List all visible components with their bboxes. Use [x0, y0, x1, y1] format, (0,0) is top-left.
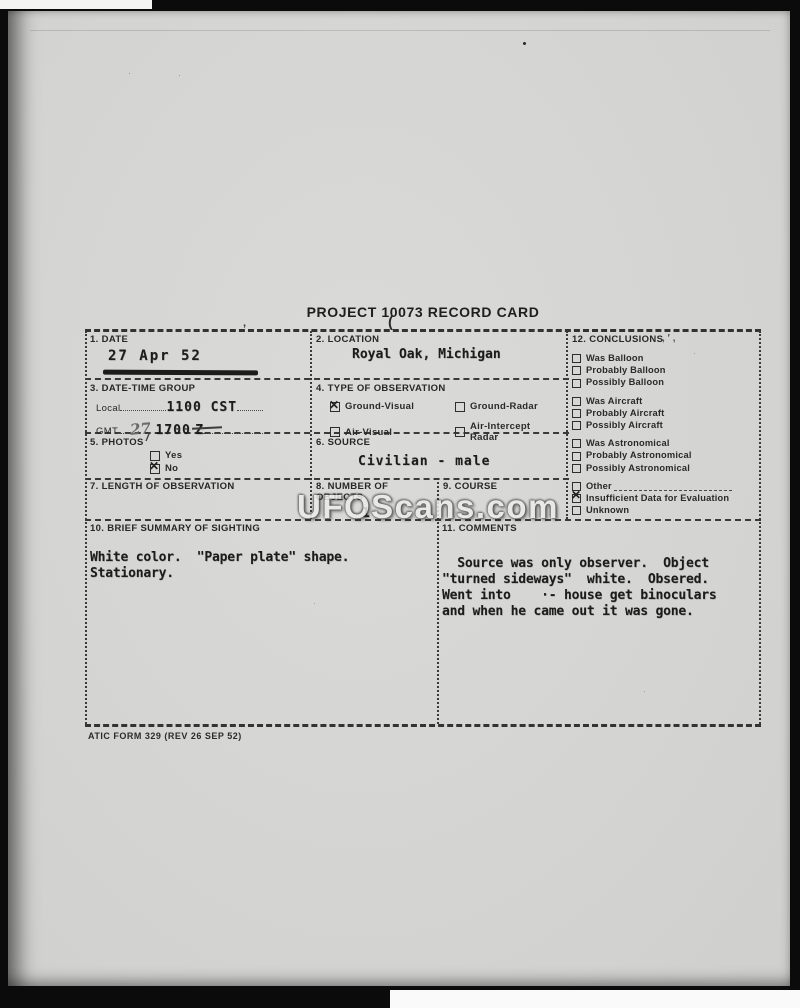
field-comments: 11. COMMENTS Source was only observer. O…: [442, 523, 757, 620]
checkbox-option: Unknown: [572, 505, 758, 516]
checkbox-icon: [572, 506, 581, 515]
dotted-leader: [120, 400, 166, 411]
dotted-line: [614, 482, 732, 491]
checkbox-option: Ground-Radar: [455, 401, 561, 412]
conclusion-group: Was BalloonProbably BalloonPossibly Ball…: [572, 353, 758, 389]
checkbox-checked-icon: [572, 494, 581, 503]
field-label: 6. SOURCE: [316, 437, 561, 448]
option-label: Unknown: [586, 505, 629, 516]
typed-line: Source was only observer. Object: [442, 556, 757, 572]
option-label: Probably Balloon: [586, 365, 666, 376]
dotted-leader: [118, 423, 130, 434]
checkbox-icon: [455, 402, 465, 412]
checkbox-icon: [572, 464, 581, 473]
table-border: [85, 478, 569, 480]
option-label: No: [165, 463, 178, 476]
scanned-document: ( ’ , ′ , PROJECT 10073 RECORD CARD 1. D…: [0, 0, 800, 1008]
option-label: Ground-Radar: [470, 401, 538, 412]
option-label: Probably Astronomical: [586, 450, 692, 461]
checkbox-checked-icon: [330, 402, 340, 412]
option-label: Was Balloon: [586, 353, 644, 364]
conclusion-group: Was AstronomicalProbably AstronomicalPos…: [572, 438, 758, 474]
watermark: UFOScans.com: [297, 488, 559, 526]
checkbox-icon: [572, 397, 581, 406]
scanner-edge-strip-top: [0, 0, 152, 9]
conclusion-groups: Was BalloonProbably BalloonPossibly Ball…: [572, 353, 758, 516]
checkbox-option: Was Balloon: [572, 353, 758, 364]
option-label: Other: [586, 481, 612, 492]
dotted-leader: [237, 400, 263, 411]
summary-text: White color. "Paper plate" shape.Station…: [90, 550, 430, 582]
comments-text: Source was only observer. Object"turned …: [442, 556, 757, 620]
checkbox-option: Was Astronomical: [572, 438, 758, 449]
option-label: Possibly Aircraft: [586, 420, 663, 431]
gmt-value: 1700: [155, 423, 190, 438]
field-value: Civilian - male: [358, 454, 561, 469]
checkbox-option: No: [150, 463, 305, 476]
field-label: 3. DATE-TIME GROUP: [90, 383, 305, 394]
typed-line: Went into ·- house get binoculars: [442, 588, 757, 604]
option-label: Probably Aircraft: [586, 408, 664, 419]
local-label: Local: [96, 403, 120, 414]
field-label: 7. LENGTH OF OBSERVATION: [90, 481, 305, 492]
table-border: [85, 378, 569, 380]
field-label: 4. TYPE OF OBSERVATION: [316, 383, 561, 394]
checkbox-icon: [572, 366, 581, 375]
field-label: 2. LOCATION: [316, 334, 561, 345]
field-source: 6. SOURCE Civilian - male: [316, 437, 561, 469]
gmt-label: GMT: [96, 426, 118, 437]
field-date: 1. DATE 27 Apr 52: [90, 334, 305, 364]
typed-line: "turned sideways" white. Obsered.: [442, 572, 757, 588]
checkbox-icon: [572, 379, 581, 388]
table-border: [85, 724, 761, 727]
checkbox-icon: [572, 439, 581, 448]
field-length-of-observation: 7. LENGTH OF OBSERVATION: [90, 481, 305, 492]
option-label: Air-Visual: [345, 427, 392, 438]
option-label: Yes: [165, 450, 182, 463]
checkbox-icon: [572, 452, 581, 461]
heavy-underline-mark: [103, 370, 258, 376]
checkbox-option: Possibly Astronomical: [572, 463, 758, 474]
checkbox-option: Possibly Aircraft: [572, 420, 758, 431]
field-location: 2. LOCATION Royal Oak, Michigan: [316, 334, 561, 362]
field-value: Royal Oak, Michigan: [352, 347, 561, 362]
field-date-time-group: 3. DATE-TIME GROUP Local1100 CST GMT27 1…: [90, 383, 305, 439]
conclusion-group: Was AircraftProbably AircraftPossibly Ai…: [572, 396, 758, 432]
checkbox-icon: [572, 409, 581, 418]
gmt-zone: Z: [195, 423, 203, 438]
field-type-of-observation: 4. TYPE OF OBSERVATION Ground-VisualGrou…: [316, 383, 561, 443]
option-label: Insufficient Data for Evaluation: [586, 493, 729, 504]
checkbox-icon: [455, 427, 465, 437]
option-label: Possibly Astronomical: [586, 463, 690, 474]
scan-artifact-line: [30, 30, 770, 31]
table-border: [566, 331, 568, 519]
field-brief-summary: 10. BRIEF SUMMARY OF SIGHTING White colo…: [90, 523, 430, 582]
conclusion-group: OtherInsufficient Data for EvaluationUnk…: [572, 481, 758, 517]
typed-line: Stationary.: [90, 566, 430, 582]
field-value: 27 Apr 52: [108, 348, 305, 364]
scanner-edge-strip-bottom: [390, 990, 800, 1008]
checkbox-option: Probably Balloon: [572, 365, 758, 376]
field-photos: 5. PHOTOS YesNo: [90, 437, 305, 475]
page-title: PROJECT 10073 RECORD CARD: [85, 304, 761, 320]
form-number: ATIC FORM 329 (REV 26 SEP 52): [88, 731, 242, 741]
scan-noise-specks: [523, 42, 526, 45]
typed-line: and when he came out it was gone.: [442, 604, 757, 620]
field-label: 12. CONCLUSIONS: [572, 334, 758, 345]
field-label: 1. DATE: [90, 334, 305, 345]
checkbox-icon: [330, 427, 340, 437]
checkbox-option: Insufficient Data for Evaluation: [572, 493, 758, 504]
table-border: [759, 331, 761, 724]
checkbox-option: Probably Aircraft: [572, 408, 758, 419]
typed-line: White color. "Paper plate" shape.: [90, 550, 430, 566]
option-label: Was Astronomical: [586, 438, 670, 449]
checkbox-icon: [572, 354, 581, 363]
field-conclusions: 12. CONCLUSIONS Was BalloonProbably Ball…: [572, 334, 758, 523]
checkbox-option: Possibly Balloon: [572, 377, 758, 388]
checkbox-option: Probably Astronomical: [572, 450, 758, 461]
option-label: Possibly Balloon: [586, 377, 664, 388]
checkbox-icon: [572, 421, 581, 430]
option-label: Was Aircraft: [586, 396, 642, 407]
checkbox-checked-icon: [150, 464, 160, 474]
checkbox-option: Yes: [150, 450, 305, 463]
checkbox-option: Other: [572, 481, 758, 492]
option-label: Ground-Visual: [345, 401, 414, 412]
photos-options: YesNo: [150, 450, 305, 475]
local-value: 1100 CST: [166, 400, 237, 415]
table-border: [85, 331, 87, 724]
table-border: [85, 329, 761, 332]
checkbox-option: Ground-Visual: [330, 401, 455, 412]
checkbox-option: Was Aircraft: [572, 396, 758, 407]
field-label: 5. PHOTOS: [90, 437, 305, 448]
